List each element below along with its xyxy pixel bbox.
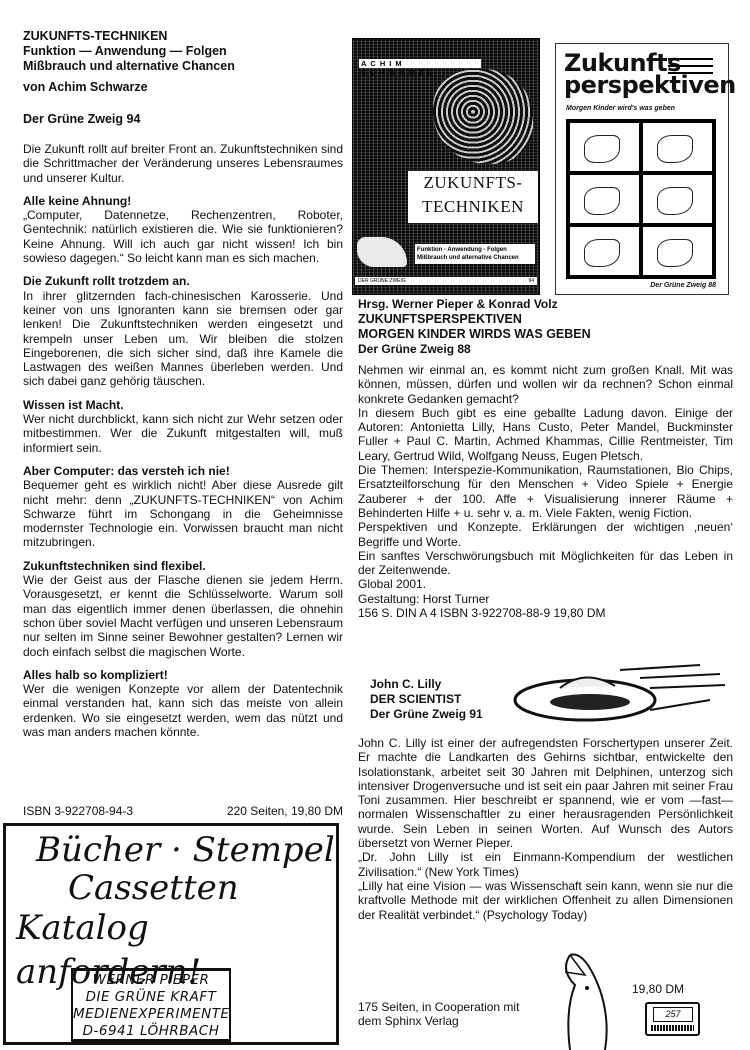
cover-subtitle: Funktion - Anwendung - Folgen Mißbrauch … — [415, 244, 535, 264]
right-article-zukunftsperspektiven: Hrsg. Werner Pieper & Konrad Volz ZUKUNF… — [358, 297, 733, 620]
ufo-illustration-icon — [500, 660, 730, 725]
comic-panel-icon — [643, 123, 712, 171]
book-series: Der Grüne Zweig 94 — [23, 112, 343, 127]
pages-price: 220 Seiten, 19,80 DM — [227, 804, 343, 818]
section-body: Wer die wenigen Konzepte vor allem der D… — [23, 682, 343, 739]
book-subtitle: Mißbrauch und alternative Chancen — [23, 59, 343, 74]
section-heading: Aber Computer: das versteh ich nie! — [23, 464, 343, 478]
comic-panel-icon — [570, 123, 639, 171]
book-title: ZUKUNFTS-TECHNIKEN — [23, 29, 343, 44]
price: 19,80 DM — [632, 982, 684, 996]
paragraph: Die Themen: Interspezie-Kommunikation, R… — [358, 463, 733, 520]
section-heading: Zukunftstechniken sind flexibel. — [23, 559, 343, 573]
stamp-line: DIE GRÜNE KRAFT — [73, 989, 229, 1006]
isbn: ISBN 3-922708-94-3 — [23, 804, 133, 818]
section-heading: Wissen ist Macht. — [23, 398, 343, 412]
book-subtitle: MORGEN KINDER WIRDS WAS GEBEN — [358, 327, 733, 342]
article-section: Alle keine Ahnung! „Computer, Datennetze… — [23, 194, 343, 265]
intro-paragraph: Die Zukunft rollt auf breiter Front an. … — [23, 142, 343, 185]
paragraph: Gestaltung: Horst Turner — [358, 592, 733, 606]
computer-icon: 257 — [645, 1002, 700, 1036]
article-section: Zukunftstechniken sind flexibel. Wie der… — [23, 559, 343, 659]
handwritten-line: Cassetten — [68, 866, 239, 910]
book-series: Der Grüne Zweig 88 — [358, 342, 733, 357]
comic-panel-icon — [570, 175, 639, 223]
book-editors: Hrsg. Werner Pieper & Konrad Volz — [358, 297, 733, 312]
comic-panel-icon — [643, 227, 712, 275]
article-section: Wissen ist Macht. Wer nicht durchblickt,… — [23, 398, 343, 455]
stamp-line: D-6941 LÖHRBACH — [73, 1023, 229, 1040]
paragraph: Global 2001. — [358, 577, 733, 591]
book-title: ZUKUNFTSPERSPEKTIVEN — [358, 312, 733, 327]
stamp-line: WERNER PIEPER — [73, 972, 229, 989]
article-section: Aber Computer: das versteh ich nie! Bequ… — [23, 464, 343, 550]
section-body: Wie der Geist aus der Flasche dienen sie… — [23, 573, 343, 659]
isbn-price-line: ISBN 3-922708-94-3 220 Seiten, 19,80 DM — [23, 804, 343, 818]
right-article-scientist-header: John C. Lilly DER SCIENTIST Der Grüne Zw… — [370, 677, 530, 722]
section-body: Wer nicht durchblickt, kann sich nicht z… — [23, 412, 343, 455]
section-body: Bequemer geht es wirklich nicht! Aber di… — [23, 478, 343, 549]
pages-cooperation: 175 Seiten, in Cooperation mit dem Sphin… — [358, 1000, 558, 1028]
book-series: Der Grüne Zweig 91 — [370, 707, 530, 722]
cover-zukunftstechniken: ACHIM SCHWARZE ZUKUNFTS- TECHNIKEN Funkt… — [352, 38, 540, 295]
paragraph: „Lilly hat eine Vision — was Wissenschaf… — [358, 879, 733, 922]
publisher-stamp: WERNER PIEPER DIE GRÜNE KRAFT MEDIENEXPE… — [71, 968, 231, 1042]
cover-tagline: Morgen Kinder wird's was geben — [566, 105, 675, 112]
article-section: Alles halb so kompliziert! Wer die wenig… — [23, 668, 343, 739]
paragraph: Nehmen wir einmal an, es kommt nicht zum… — [358, 363, 733, 406]
comic-panels — [566, 119, 716, 279]
section-body: In ihrer glitzernden fach-chinesischen K… — [23, 289, 343, 389]
info-line: 156 S. DIN A 4 ISBN 3-922708-88-9 19,80 … — [358, 606, 733, 620]
cover-zukunftsperspektiven: Zukunfts perspektiven Morgen Kinder wird… — [555, 43, 729, 295]
section-heading: Alles halb so kompliziert! — [23, 668, 343, 682]
left-article: ZUKUNFTS-TECHNIKEN Funktion — Anwendung … — [23, 29, 343, 739]
page-number: 257 — [653, 1007, 693, 1022]
section-heading: Die Zukunft rollt trotzdem an. — [23, 274, 343, 288]
book-subtitle: Funktion — Anwendung — Folgen — [23, 44, 343, 59]
paragraph: John C. Lilly ist einer der aufregendste… — [358, 736, 733, 850]
cover-title: ZUKUNFTS- TECHNIKEN — [408, 171, 538, 223]
dolphin-illustration-icon — [555, 950, 625, 1050]
right-article-scientist-body: John C. Lilly ist einer der aufregendste… — [358, 736, 733, 922]
paragraph: „Dr. John Lilly ist ein Einmann-Kompendi… — [358, 850, 733, 879]
paragraph: Perspektiven und Konzepte. Erklärungen d… — [358, 520, 733, 549]
paragraph: Ein sanftes Verschwörungsbuch mit Möglic… — [358, 549, 733, 578]
comic-panel-icon — [570, 227, 639, 275]
book-title: DER SCIENTIST — [370, 692, 530, 707]
paragraph: In diesem Buch gibt es eine geballte Lad… — [358, 406, 733, 463]
cover-footer: Der Grüne Zweig 88 — [650, 282, 716, 289]
cover-footer: DER GRÜNE ZWEIG 94 — [355, 277, 537, 285]
cover-author: ACHIM SCHWARZE — [359, 59, 481, 68]
section-body: „Computer, Datennetze, Rechenzentren, Ro… — [23, 208, 343, 265]
stamp-line: MEDIENEXPERIMENTE — [73, 1006, 229, 1023]
article-section: Die Zukunft rollt trotzdem an. In ihrer … — [23, 274, 343, 388]
section-heading: Alle keine Ahnung! — [23, 194, 343, 208]
equals-lines-icon — [668, 58, 713, 74]
comic-panel-icon — [643, 175, 712, 223]
book-author: von Achim Schwarze — [23, 80, 343, 95]
book-author: John C. Lilly — [370, 677, 530, 692]
handwritten-note-box: Bücher · Stempel Cassetten Katalog anfor… — [3, 823, 339, 1045]
